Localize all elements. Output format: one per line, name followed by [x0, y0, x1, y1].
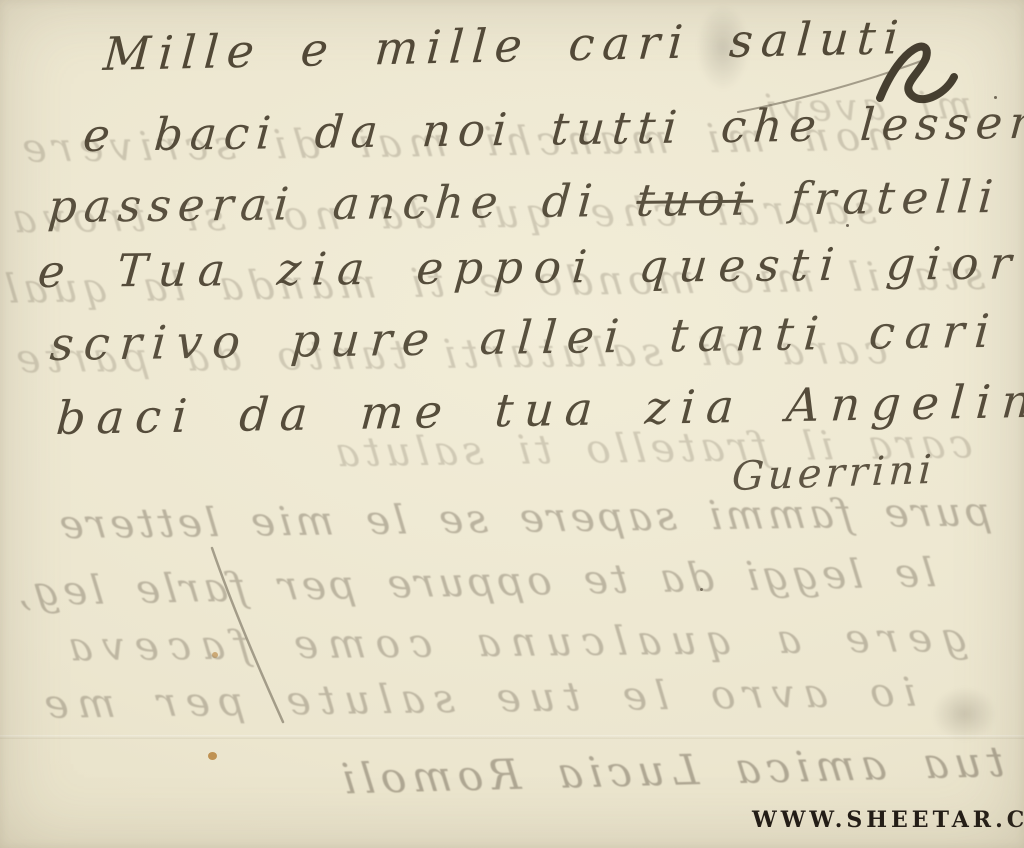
handwritten-line: Mille e mille cari saluti	[102, 13, 908, 78]
rust-spot	[208, 752, 217, 760]
bleedthrough-line: le leggi da te oppure per farle leg,	[11, 552, 938, 613]
scanned-letter-page: mi avevinon mi manchi mai di scriveresap…	[0, 0, 1024, 848]
watermark-text: WWW.SHEETAR.COM	[752, 807, 1024, 833]
handwritten-line: scrivo pure allei tanti cari	[48, 307, 1001, 369]
bleedthrough-line: la tua amica Lucia Romoli	[333, 738, 1024, 802]
bleedthrough-line: pure fammi sapere se le mie lettere	[53, 491, 992, 546]
bleedthrough-line: gere a qualcuna come faceva	[56, 617, 969, 669]
bleedthrough-line: io avro le tue salute per me	[33, 672, 918, 726]
struck-word: tuoi	[635, 173, 756, 227]
handwritten-line: passerai anche di tuoi fratelli	[46, 173, 1001, 230]
fold-crease	[0, 735, 1024, 739]
handwritten-line: e baci da noi tutti che lesser	[82, 99, 1024, 160]
handwritten-line: Guerrini	[731, 449, 937, 498]
handwritten-line: e Tua zia eppoi questi giorni.	[36, 239, 1024, 296]
